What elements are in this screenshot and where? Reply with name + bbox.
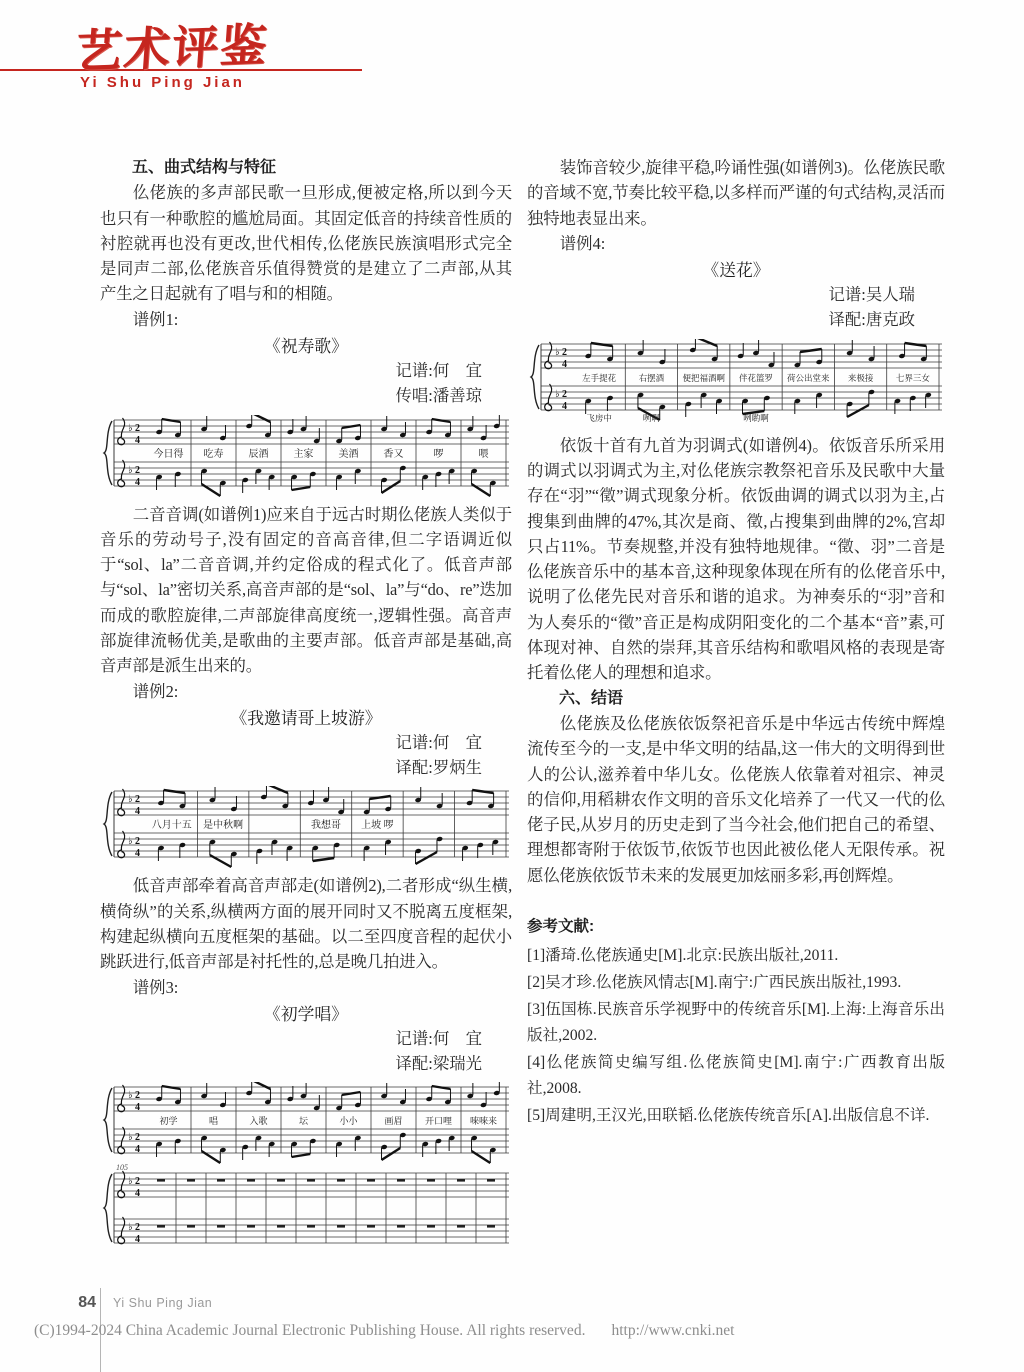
svg-text:唻唻来: 唻唻来 (470, 1115, 497, 1126)
svg-text:4: 4 (135, 477, 140, 488)
page: { "logo": { "title": "艺术评鉴", "subtitle":… (0, 0, 1024, 1372)
example2-label: 谱例2: (100, 679, 512, 704)
svg-text:4: 4 (135, 1234, 140, 1245)
music-score-example4: ♭24♭24左手提花右摆酒便把福酒啊伴花篮罗荷公出堂来来极接七界三女飞房中咧啊咧… (527, 339, 945, 429)
right-column: 装饰音较少,旋律平稳,吟诵性强(如谱例3)。仫佬族民歌的音域不宽,节奏比较平稳,… (527, 155, 945, 1129)
page-number: 84 (62, 1294, 104, 1312)
svg-text:2: 2 (135, 465, 140, 476)
score-notation: ♭24♭24今日得吃寿辰酒主家美酒香又啰喂 (100, 415, 512, 498)
svg-text:4: 4 (135, 435, 140, 446)
example4-translator: 译配:唐克政 (527, 308, 945, 333)
svg-text:♭: ♭ (128, 423, 133, 434)
svg-text:♭: ♭ (555, 347, 560, 358)
example3-title: 《初学唱》 (100, 1002, 512, 1027)
svg-text:上坡 啰: 上坡 啰 (361, 818, 394, 831)
svg-text:飞房中: 飞房中 (586, 413, 612, 423)
example4-transcriber: 记谱:吴人瑞 (527, 283, 945, 308)
svg-text:♭: ♭ (128, 794, 133, 805)
svg-text:♭: ♭ (128, 1132, 133, 1143)
svg-text:咧喲啊: 咧喲啊 (743, 413, 769, 423)
footer-journal-name: Yi Shu Ping Jian (104, 1296, 212, 1310)
svg-text:4: 4 (135, 806, 140, 817)
paragraph: 装饰音较少,旋律平稳,吟诵性强(如谱例3)。仫佬族民歌的音域不宽,节奏比较平稳,… (527, 155, 945, 231)
svg-text:唱: 唱 (209, 1116, 218, 1126)
svg-text:4: 4 (562, 359, 567, 370)
score-notation: ♭24♭24八月十五是中秋啊我想哥上坡 啰 (100, 786, 512, 869)
svg-text:♭: ♭ (128, 465, 133, 476)
reference-item: [2]吴才珍.仫佬族风情志[M].南宁:广西民族出版社,1993. (527, 970, 945, 997)
paragraph: 二音音调(如谱例1)应来自于远古时期仫佬族人类似于音乐的劳动号子,没有固定的音高… (100, 502, 512, 679)
example4-label: 谱例4: (527, 231, 945, 256)
svg-text:坛: 坛 (299, 1115, 309, 1126)
reference-item: [1]潘琦.仫佬族通史[M].北京:民族出版社,2011. (527, 943, 945, 970)
reference-item: [4]仫佬族简史编写组.仫佬族简史[M].南宁:广西教育出版社,2008. (527, 1050, 945, 1103)
svg-text:4: 4 (135, 848, 140, 859)
example3-translator: 译配:梁瑞光 (100, 1052, 512, 1077)
example1-transcriber: 记谱:何 宜 (100, 359, 512, 384)
svg-text:4: 4 (135, 1188, 140, 1199)
reference-item: [3]伍国栋.民族音乐学视野中的传统音乐[M].上海:上海音乐出版社,2002. (527, 997, 945, 1050)
svg-text:七界三女: 七界三女 (896, 373, 931, 383)
paragraph: 低音声部牵着高音声部走(如谱例2),二者形成“纵生横,横倚纵”的关系,纵横两方面… (100, 873, 512, 974)
svg-text:♭: ♭ (128, 1222, 133, 1233)
section-heading-6: 六、结语 (527, 686, 945, 711)
svg-text:♭: ♭ (128, 1090, 133, 1101)
section-heading-5: 五、曲式结构与特征 (100, 155, 512, 180)
music-score-example2: ♭24♭24八月十五是中秋啊我想哥上坡 啰 (100, 786, 512, 869)
svg-text:今日得: 今日得 (154, 447, 184, 460)
svg-text:便把福酒啊: 便把福酒啊 (682, 373, 725, 383)
svg-text:左手提花: 左手提花 (582, 373, 617, 383)
svg-text:2: 2 (135, 1090, 140, 1101)
svg-text:小小: 小小 (339, 1115, 358, 1126)
svg-text:香又: 香又 (384, 447, 404, 460)
svg-text:吃寿: 吃寿 (204, 447, 224, 460)
svg-text:初学: 初学 (159, 1115, 177, 1126)
music-score-example3: ♭24♭24初学唱入歌坛小小画眉开口哩唻唻来105♭24♭24 (100, 1082, 512, 1255)
paragraph: 仫佬族及仫佬族依饭祭祀音乐是中华远古传统中辉煌流传至今的一支,是中华文明的结晶,… (527, 711, 945, 888)
svg-text:入歌: 入歌 (249, 1115, 267, 1126)
cnki-url: http://www.cnki.net (611, 1322, 734, 1340)
svg-text:辰酒: 辰酒 (249, 448, 269, 460)
svg-text:♭: ♭ (128, 836, 133, 847)
reference-item: [5]周建明,王汉光,田联韬.仫佬族传统音乐[A].出版信息不详. (527, 1103, 945, 1130)
svg-text:4: 4 (562, 401, 567, 412)
paragraph: 依饭十首有九首为羽调式(如谱例4)。依饭音乐所采用的调式以羽调式为主,对仫佬族宗… (527, 433, 945, 686)
svg-text:2: 2 (135, 794, 140, 805)
footer-copyright: (C)1994-2024 China Academic Journal Elec… (34, 1322, 994, 1340)
svg-text:105: 105 (116, 1163, 128, 1172)
paragraph: 仫佬族的多声部民歌一旦形成,便被定格,所以到今天也只有一种歌腔的尴尬局面。其固定… (100, 180, 512, 306)
score-notation: ♭24♭24左手提花右摆酒便把福酒啊伴花篮罗荷公出堂来来极接七界三女飞房中咧啊咧… (527, 339, 945, 429)
references-heading: 参考文献: (527, 914, 945, 939)
music-score-example1: ♭24♭24今日得吃寿辰酒主家美酒香又啰喂 (100, 415, 512, 498)
svg-text:咧啊: 咧啊 (643, 413, 661, 423)
example1-singer: 传唱:潘善琼 (100, 384, 512, 409)
example1-label: 谱例1: (100, 307, 512, 332)
svg-text:2: 2 (135, 423, 140, 434)
journal-logo: 艺术评鉴 Yi Shu Ping Jian (76, 26, 268, 91)
svg-text:美酒: 美酒 (339, 447, 359, 460)
example4-title: 《送花》 (527, 258, 945, 283)
left-column: 五、曲式结构与特征 仫佬族的多声部民歌一旦形成,便被定格,所以到今天也只有一种歌… (100, 155, 512, 1259)
footer-pageline: 84 Yi Shu Ping Jian (62, 1294, 212, 1312)
svg-text:2: 2 (562, 389, 567, 400)
journal-logo-title: 艺术评鉴 (74, 23, 270, 76)
svg-text:2: 2 (135, 1222, 140, 1233)
svg-text:♭: ♭ (555, 389, 560, 400)
svg-text:啰: 啰 (434, 448, 444, 460)
svg-text:喂: 喂 (479, 448, 489, 460)
svg-text:4: 4 (135, 1102, 140, 1113)
svg-text:我想哥: 我想哥 (311, 818, 341, 831)
svg-text:伴花篮罗: 伴花篮罗 (739, 373, 773, 383)
svg-text:画眉: 画眉 (384, 1116, 402, 1126)
svg-text:♭: ♭ (128, 1176, 133, 1187)
svg-text:主家: 主家 (294, 448, 314, 460)
svg-text:2: 2 (135, 836, 140, 847)
example1-title: 《祝寿歌》 (100, 334, 512, 359)
example2-title: 《我邀请哥上坡游》 (100, 706, 512, 731)
svg-text:2: 2 (562, 347, 567, 358)
journal-logo-subtitle: Yi Shu Ping Jian (80, 74, 268, 91)
svg-text:荷公出堂来: 荷公出堂来 (787, 373, 830, 383)
svg-text:八月十五: 八月十五 (152, 818, 192, 831)
example3-transcriber: 记谱:何 宜 (100, 1027, 512, 1052)
example2-transcriber: 记谱:何 宜 (100, 731, 512, 756)
svg-text:右摆酒: 右摆酒 (639, 373, 665, 383)
svg-text:开口哩: 开口哩 (425, 1116, 452, 1126)
svg-text:2: 2 (135, 1176, 140, 1187)
example3-label: 谱例3: (100, 975, 512, 1000)
score-notation: ♭24♭24初学唱入歌坛小小画眉开口哩唻唻来105♭24♭24 (100, 1082, 512, 1255)
svg-text:是中秋啊: 是中秋啊 (203, 818, 243, 831)
example2-translator: 译配:罗炳生 (100, 756, 512, 781)
svg-text:4: 4 (135, 1144, 140, 1155)
copyright-text: (C)1994-2024 China Academic Journal Elec… (34, 1322, 585, 1340)
svg-text:2: 2 (135, 1132, 140, 1143)
svg-text:来极接: 来极接 (848, 373, 874, 383)
